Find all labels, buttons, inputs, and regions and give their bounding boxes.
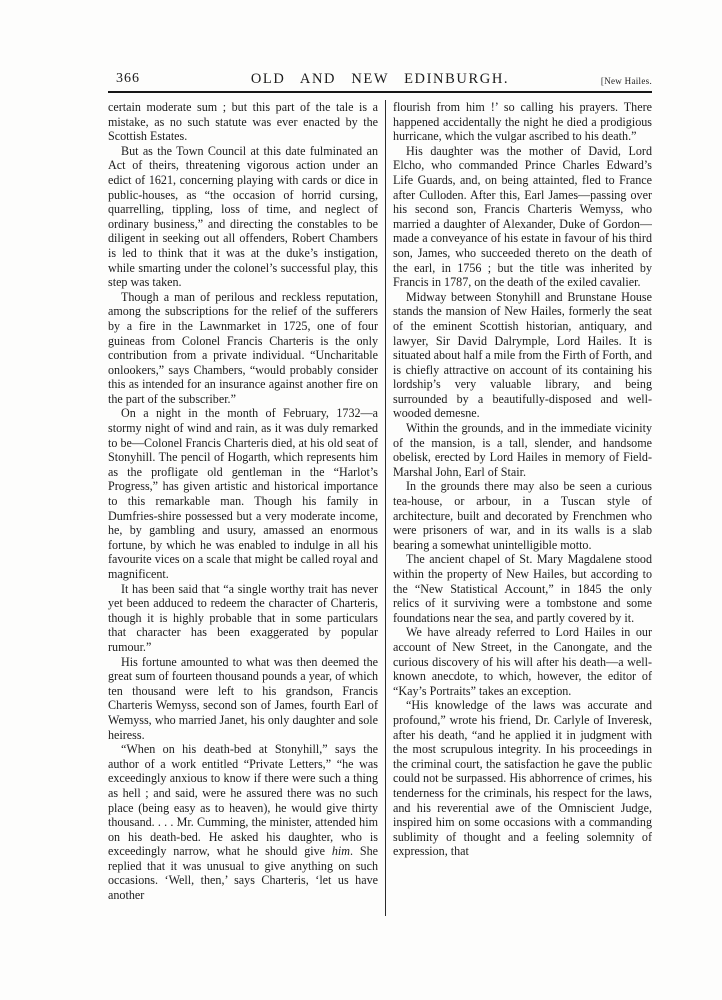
paragraph: In the grounds there may also be seen a … (393, 479, 652, 552)
running-title: OLD AND NEW EDINBURGH. (108, 71, 652, 88)
right-column: flourish from him !’ so calling his pray… (386, 100, 652, 916)
page-header: 366 OLD AND NEW EDINBURGH. [New Hailes. (108, 62, 652, 88)
paragraph: But as the Town Council at this date ful… (108, 144, 378, 290)
paragraph: On a night in the month of February, 173… (108, 406, 378, 581)
paragraph: The ancient chapel of St. Mary Magdalene… (393, 552, 652, 625)
paragraph: Within the grounds, and in the immediate… (393, 421, 652, 479)
paragraph: flourish from him !’ so calling his pray… (393, 100, 652, 144)
book-page-scan: 366 OLD AND NEW EDINBURGH. [New Hailes. … (0, 0, 722, 1000)
paragraph: Though a man of perilous and reckless re… (108, 290, 378, 407)
text-columns: certain moderate sum ; but this part of … (108, 100, 652, 916)
paragraph: We have already referred to Lord Hailes … (393, 625, 652, 698)
paragraph: His daughter was the mother of David, Lo… (393, 144, 652, 290)
header-rule (108, 91, 652, 93)
paragraph: It has been said that “a single worthy t… (108, 582, 378, 655)
paragraph: Midway between Stonyhill and Brunstane H… (393, 290, 652, 421)
folio-side-note: [New Hailes. (601, 76, 652, 86)
paragraph: “His knowledge of the laws was accurate … (393, 698, 652, 859)
page-content: 366 OLD AND NEW EDINBURGH. [New Hailes. … (108, 62, 652, 916)
paragraph: certain moderate sum ; but this part of … (108, 100, 378, 144)
left-column: certain moderate sum ; but this part of … (108, 100, 385, 916)
paragraph: “When on his death-bed at Stonyhill,” sa… (108, 742, 378, 903)
paragraph: His fortune amounted to what was then de… (108, 655, 378, 743)
